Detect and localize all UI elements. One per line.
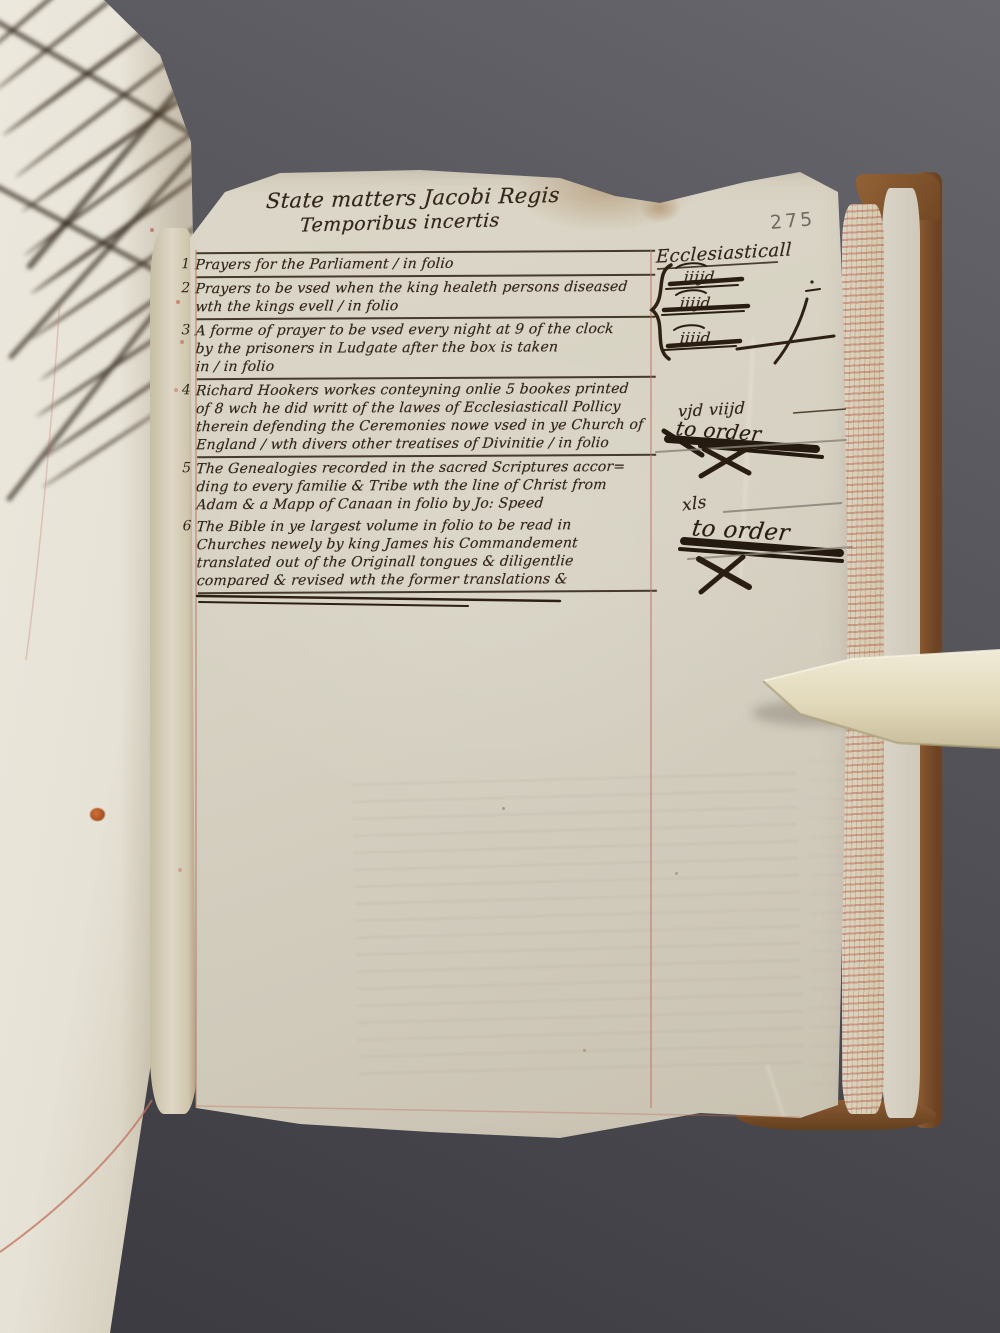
photo-background: State matters Jacobi Regis Temporibus in… — [0, 0, 1000, 1333]
entry-number: 5 — [182, 460, 196, 514]
entry-line: ding to every familie & Tribe wth the li… — [196, 476, 657, 496]
entry-line: therein defending the Ceremonies nowe vs… — [195, 416, 656, 436]
entry-line: translated out of the Originall tongues … — [196, 552, 657, 572]
entry-line: Richard Hookers workes conteyning onlie … — [195, 380, 656, 400]
entry-line: Churches newely by king James his Comman… — [196, 534, 657, 554]
entry-line: The Bible in ye largest volume in folio … — [196, 516, 657, 536]
page-number: 275 — [769, 208, 816, 234]
catalogue-entry: 2Prayers to be vsed when the king healet… — [196, 276, 655, 320]
entry-number: 6 — [183, 518, 197, 590]
catalogue-entry: 3A forme of prayer to be vsed every nigh… — [196, 318, 655, 380]
wax-stain — [90, 808, 105, 821]
entry-line: England / wth divers other treatises of … — [195, 434, 656, 454]
entry-line: compared & revised wth the former transl… — [196, 570, 657, 590]
entry-line: of 8 wch he did writt of the lawes of Ec… — [195, 398, 656, 418]
struck-price-mark: iiijd — [679, 294, 711, 312]
catalogue-entry: 4Richard Hookers workes conteyning onlie… — [197, 378, 656, 458]
struck-note: to order — [690, 516, 791, 547]
ink-show-through — [351, 772, 804, 1079]
entry-number: 3 — [181, 322, 195, 376]
entry-line: A forme of prayer to be vsed every night… — [195, 320, 656, 340]
catalogue-entry: 6The Bible in ye largest volume in folio… — [197, 514, 656, 594]
entry-line: in / in folio — [195, 356, 656, 376]
gutter-red-specks — [150, 228, 154, 232]
price-note: xls — [682, 492, 708, 516]
entry-number: 4 — [182, 382, 196, 454]
fore-edge-speckled — [842, 204, 884, 1114]
struck-price-mark: iiijd — [679, 329, 711, 347]
entry-number: 1 — [181, 256, 195, 274]
catalogue-entry: 1Prayers for the Parliament / in folio — [196, 252, 655, 278]
entry-line: by the prisoners in Ludgate after the bo… — [195, 338, 656, 358]
struck-price-mark: iiijd — [683, 268, 715, 286]
entry-line: Adam & a Mapp of Canaan in folio by Jo: … — [196, 494, 657, 514]
entry-line: Prayers for the Parliament / in folio — [194, 254, 655, 274]
catalogue-entries: 1Prayers for the Parliament / in folio2P… — [196, 250, 657, 594]
entry-line: The Genealogies recorded in the sacred S… — [196, 458, 657, 478]
flyleaf-edge — [882, 188, 920, 1118]
foxing-specks — [502, 807, 505, 810]
entry-line: Prayers to be vsed when the king healeth… — [195, 278, 656, 298]
entry-line: wth the kings evell / in folio — [195, 296, 656, 316]
catalogue-entry: 5The Genealogies recorded in the sacred … — [197, 456, 656, 516]
entry-number: 2 — [181, 280, 195, 316]
bone-folder-shadow — [752, 700, 882, 726]
